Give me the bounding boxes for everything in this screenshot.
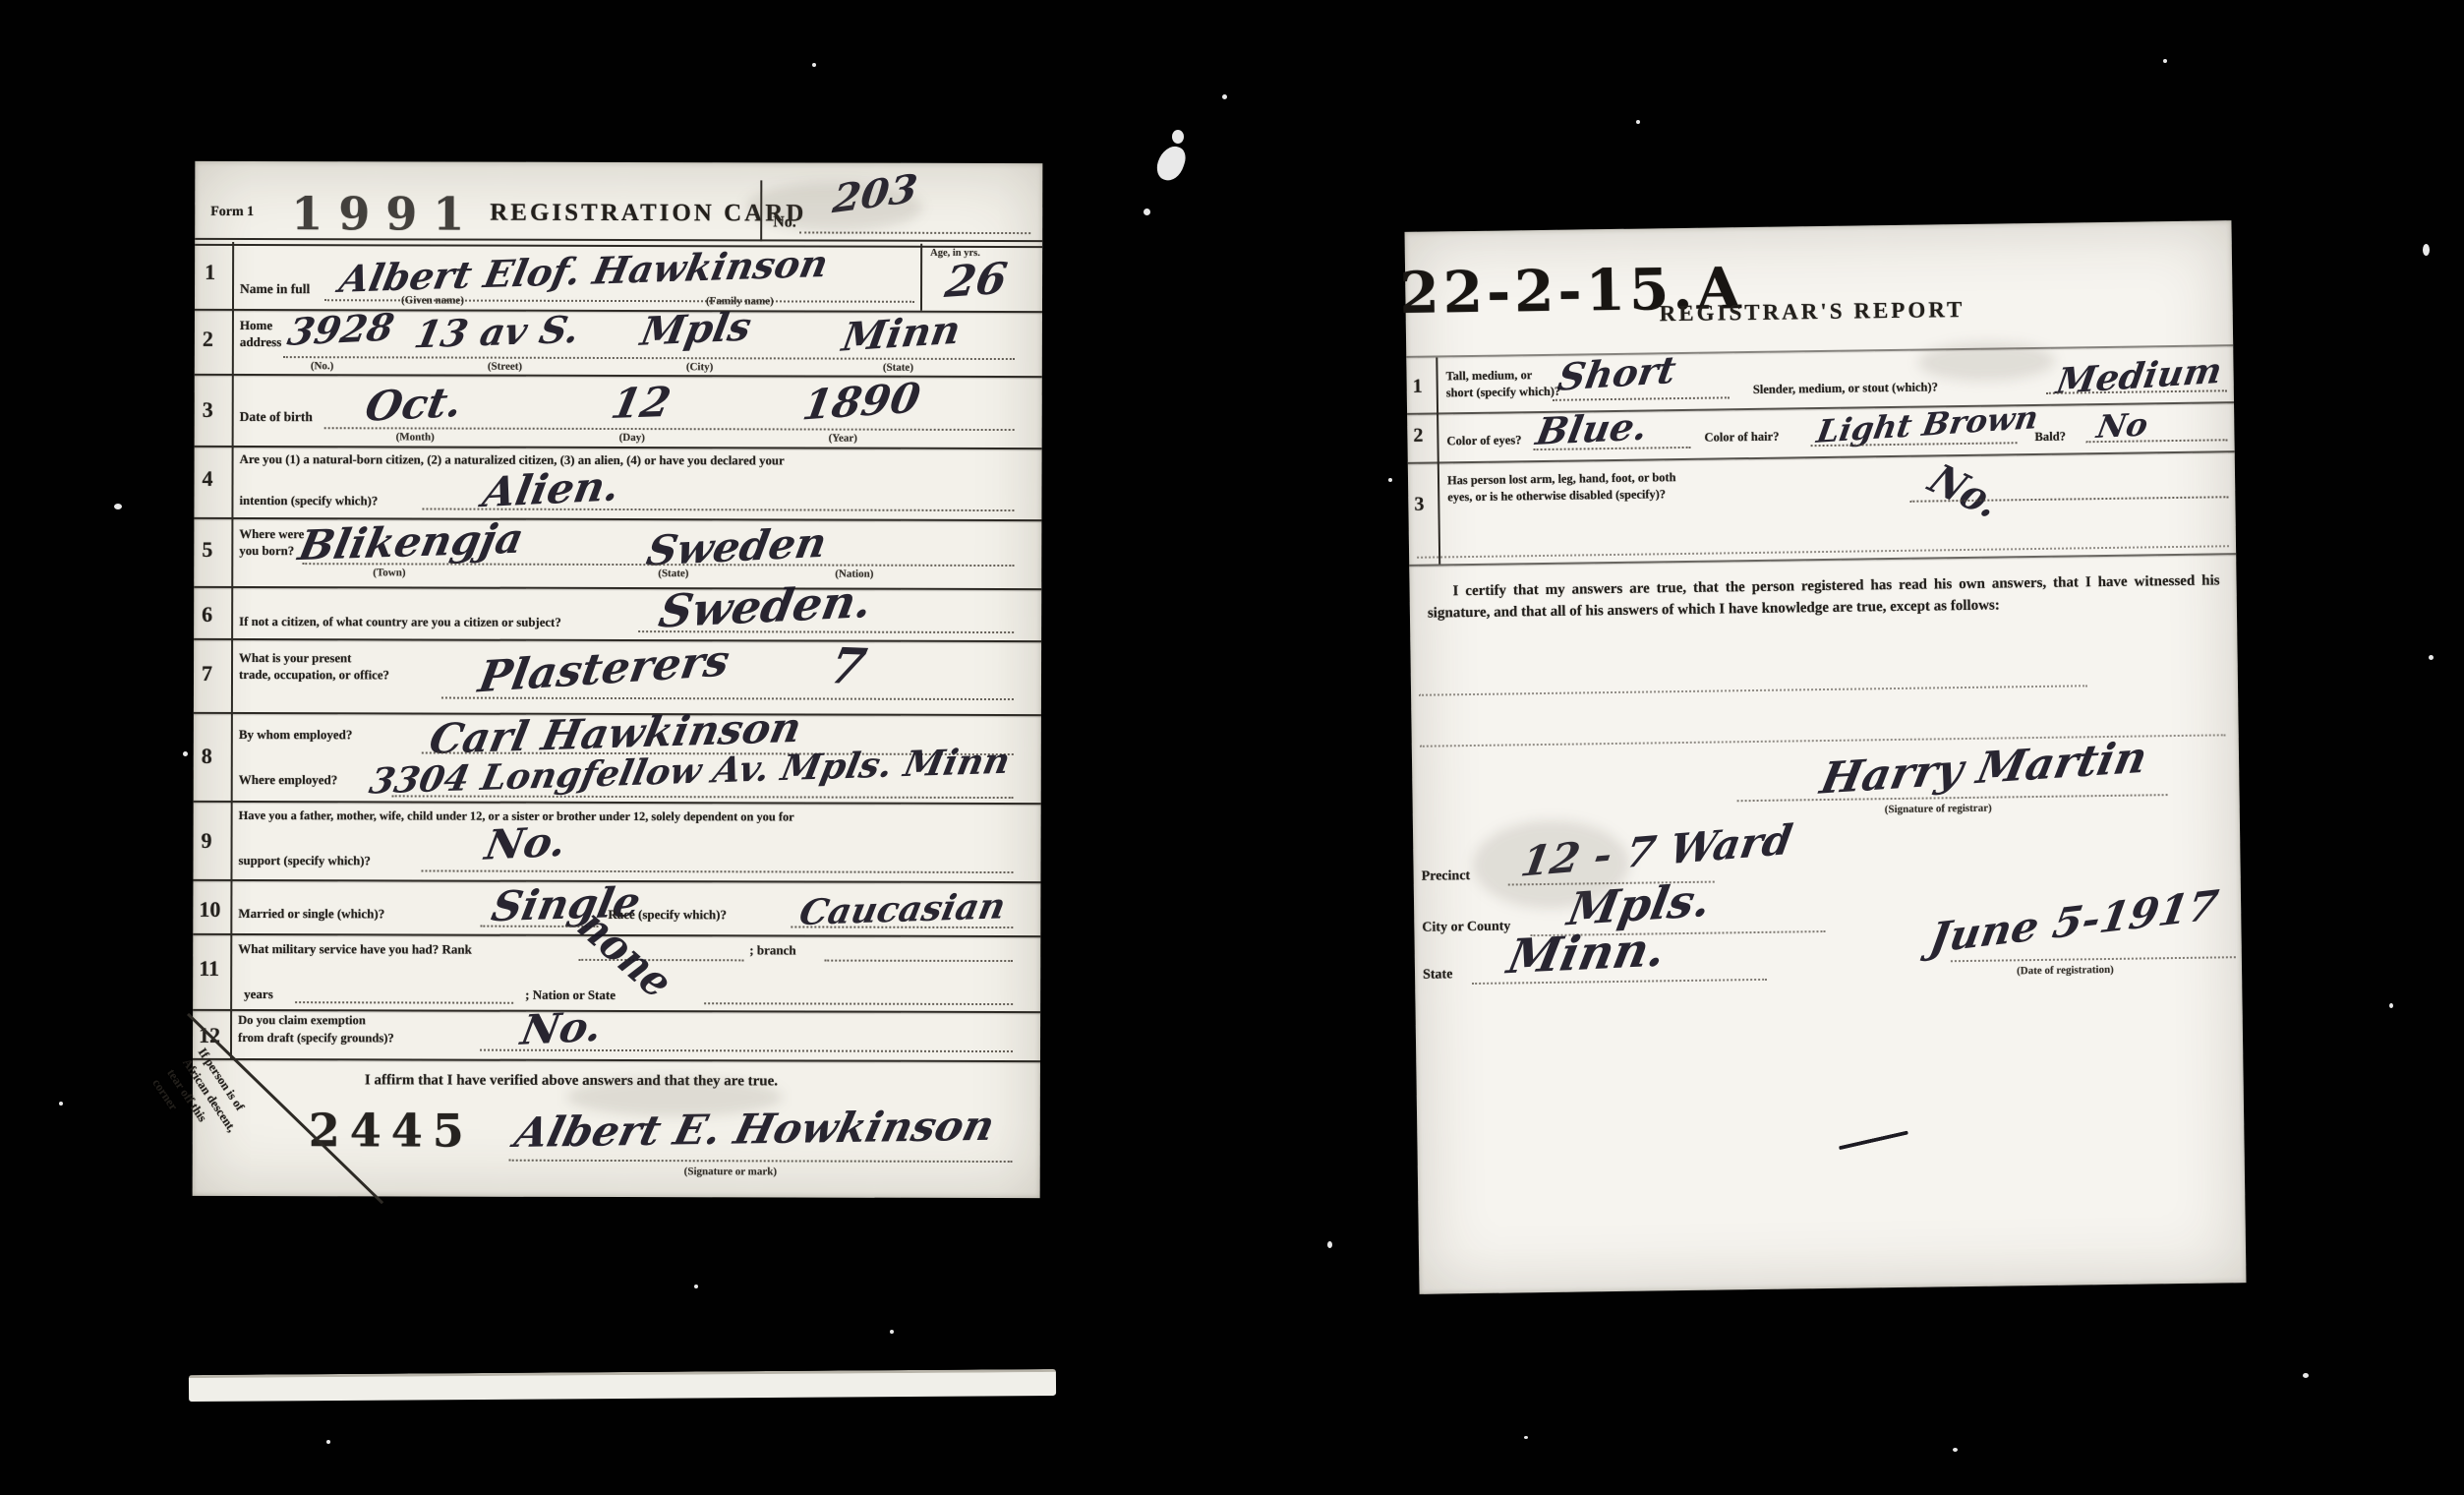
- build-label-line2: short (specify which)?: [1446, 385, 1561, 400]
- dob-year-handwritten: 1890: [799, 374, 924, 430]
- dust-speck: [1524, 1436, 1528, 1439]
- dob-month-handwritten: Oct.: [362, 378, 466, 431]
- dust-speck: [812, 63, 816, 67]
- header-rule: [195, 238, 1042, 248]
- state-label: State: [1423, 967, 1453, 984]
- married-label: Married or single (which)?: [238, 907, 384, 922]
- disability-label-line2: eyes, or is he otherwise disabled (speci…: [1447, 487, 1666, 504]
- title-rule: [1406, 344, 2233, 358]
- nation-state-dotted-line: [704, 1002, 1013, 1005]
- town-caption: (Town): [373, 567, 405, 578]
- row-number: 3: [1414, 494, 1424, 516]
- height-value-handwritten: Short: [1555, 347, 1679, 399]
- citizen-question-line2: intention (specify which)?: [239, 494, 378, 508]
- nation-state-label: ; Nation or State: [525, 988, 616, 1003]
- dust-speck: [114, 504, 122, 509]
- no-caption: (No.): [311, 360, 334, 372]
- exception-blank-line1: [1419, 685, 2087, 695]
- row-number: 7: [202, 661, 212, 687]
- row-number: 2: [203, 327, 213, 352]
- scan-smudge: [1917, 341, 2056, 383]
- dependents-answer-handwritten: No.: [482, 817, 570, 869]
- registrar-signature-caption: (Signature of registrar): [1885, 803, 1992, 816]
- registration-date-caption: (Date of registration): [2017, 964, 2114, 977]
- disability-value-handwritten: No.: [1920, 455, 2010, 528]
- day-caption: (Day): [619, 432, 645, 444]
- address-no-handwritten: 3928: [284, 305, 397, 354]
- number-column-rule: [230, 242, 234, 1058]
- dust-speck: [2389, 1003, 2393, 1008]
- signature-dotted-line: [509, 1160, 1013, 1163]
- workplace-label: Where employed?: [239, 773, 338, 788]
- trade-label-line2: trade, occupation, or office?: [239, 668, 389, 683]
- row-number: 6: [202, 602, 212, 628]
- dust-speck: [326, 1440, 330, 1444]
- citizen-question-line1: Are you (1) a natural-born citizen, (2) …: [240, 452, 785, 468]
- home-label: Home: [240, 319, 272, 333]
- dust-speck: [2163, 59, 2167, 63]
- dust-speck: [694, 1285, 698, 1288]
- registration-date-handwritten: June 5-1917: [1926, 881, 2222, 963]
- trade-label-line1: What is your present: [239, 651, 351, 666]
- serial-stamp-top: 1991: [291, 187, 480, 241]
- underlying-card-edge: [189, 1369, 1056, 1402]
- dust-speck: [1222, 94, 1227, 99]
- eyes-label: Color of eyes?: [1446, 433, 1521, 448]
- registration-card: Form 1 1991 REGISTRATION CARD No. 203 1 …: [193, 161, 1043, 1198]
- dob-dotted-line: [324, 427, 1015, 431]
- registrars-report-card: 22-2-15.A REGISTRAR'S REPORT 1 Tall, med…: [1405, 220, 2247, 1294]
- born-label-line1: Where were: [239, 527, 304, 542]
- bald-label: Bald?: [2034, 430, 2066, 445]
- employer-label: By whom employed?: [239, 728, 353, 743]
- age-value-handwritten: 26: [942, 254, 1010, 308]
- dust-speck: [183, 751, 188, 756]
- dust-speck: [1636, 120, 1640, 124]
- row-number: 2: [1413, 425, 1423, 448]
- dob-label: Date of birth: [240, 409, 313, 425]
- serial-stamp-bottom: 2445: [309, 1104, 474, 1157]
- row-number: 9: [202, 828, 212, 854]
- dust-speck: [59, 1102, 63, 1106]
- corner-note: If person is of African descent, tear of…: [147, 1045, 274, 1183]
- row-rule: [194, 638, 1041, 642]
- build-label-line1: Tall, medium, or: [1445, 368, 1532, 383]
- disability-label-line1: Has person lost arm, leg, hand, foot, or…: [1447, 470, 1676, 488]
- branch-dotted-line: [824, 960, 1013, 963]
- address-label: address: [240, 335, 281, 350]
- month-caption: (Month): [396, 431, 435, 443]
- branch-label: ; branch: [749, 943, 795, 958]
- row-rule: [194, 801, 1041, 805]
- row-number: 11: [199, 956, 219, 982]
- row-number: 10: [199, 897, 220, 923]
- date-dotted-line: [1951, 956, 2236, 962]
- address-street-handwritten: 13 av S.: [411, 307, 584, 356]
- trade-extra-mark: 7: [825, 636, 871, 695]
- dust-speck: [1172, 130, 1184, 144]
- exemption-answer-handwritten: No.: [517, 1002, 606, 1054]
- state-value-handwritten: Minn.: [1503, 922, 1671, 985]
- dependents-dotted-line: [421, 869, 1013, 873]
- build-value-handwritten: Medium: [2053, 350, 2224, 402]
- dust-speck: [890, 1330, 894, 1334]
- report-title: REGISTRAR'S REPORT: [1660, 297, 1965, 328]
- row-rule: [193, 1058, 1040, 1062]
- city-caption: (City): [686, 361, 714, 373]
- hair-label: Color of hair?: [1704, 430, 1779, 446]
- eyes-value-handwritten: Blue.: [1533, 404, 1652, 454]
- years-dotted-line: [295, 1001, 513, 1004]
- dust-speck: [1953, 1448, 1958, 1452]
- age-box-rule: [920, 244, 922, 311]
- trade-dotted-line: [441, 697, 1014, 701]
- scan-smudge: [566, 1077, 783, 1117]
- years-label: years: [244, 987, 273, 1002]
- born-nation-handwritten: Sweden: [643, 518, 831, 575]
- address-state-handwritten: Minn: [839, 307, 964, 361]
- street-caption: (Street): [488, 361, 522, 373]
- dust-speck: [2303, 1373, 2309, 1378]
- row-number: 1: [1413, 376, 1423, 398]
- dust-speck: [2423, 244, 2430, 256]
- form-label: Form 1: [210, 205, 254, 220]
- subject-question: If not a citizen, of what country are yo…: [239, 615, 561, 630]
- born-town-handwritten: Blikengja: [295, 514, 528, 569]
- scanned-document-background: Form 1 1991 REGISTRATION CARD No. 203 1 …: [0, 0, 2464, 1495]
- dust-speck: [1388, 478, 1392, 482]
- row-number: 3: [203, 397, 213, 423]
- row-number: 1: [205, 260, 215, 285]
- military-label: What military service have you had? Rank: [238, 942, 472, 958]
- certification-text: I certify that my answers are true, that…: [1427, 570, 2220, 625]
- dust-blob: [1153, 143, 1189, 184]
- row-number: 4: [202, 466, 212, 492]
- precinct-label: Precinct: [1422, 868, 1471, 885]
- exemption-label-line2: from draft (specify grounds)?: [238, 1031, 394, 1046]
- build2-label: Slender, medium, or stout (which)?: [1753, 380, 1938, 396]
- state-caption2: (State): [658, 568, 688, 579]
- state-caption: (State): [883, 362, 913, 374]
- given-name-caption: (Given name): [401, 294, 464, 306]
- no-dotted-line: [799, 231, 1030, 234]
- signature-caption: (Signature or mark): [684, 1166, 777, 1177]
- trade-answer-handwritten: Plasterers: [475, 636, 733, 703]
- row-number: 8: [202, 744, 212, 769]
- dob-day-handwritten: 12: [608, 378, 675, 428]
- row-rule: [195, 446, 1042, 449]
- registrar-signature-handwritten: Harry Martin: [1816, 733, 2151, 805]
- subject-answer-handwritten: Sweden.: [655, 574, 876, 637]
- dust-speck: [2429, 655, 2434, 660]
- stray-pen-mark: [1839, 1130, 1908, 1150]
- dust-speck: [1144, 209, 1150, 215]
- year-caption: (Year): [829, 433, 857, 445]
- address-dotted-line: [283, 356, 1015, 360]
- exemption-label-line1: Do you claim exemption: [238, 1013, 366, 1028]
- scan-smudge: [745, 182, 922, 231]
- address-city-handwritten: Mpls: [637, 304, 755, 355]
- dust-speck: [1327, 1241, 1332, 1248]
- row-rule: [194, 586, 1041, 590]
- born-label-line2: you born?: [239, 544, 294, 559]
- name-value-handwritten: Albert Elof. Hawkinson: [336, 241, 832, 301]
- row-number: 5: [202, 537, 212, 563]
- dependents-question-line2: support (specify which)?: [238, 854, 370, 868]
- city-county-label: City or County: [1422, 919, 1510, 935]
- name-label: Name in full: [240, 281, 310, 297]
